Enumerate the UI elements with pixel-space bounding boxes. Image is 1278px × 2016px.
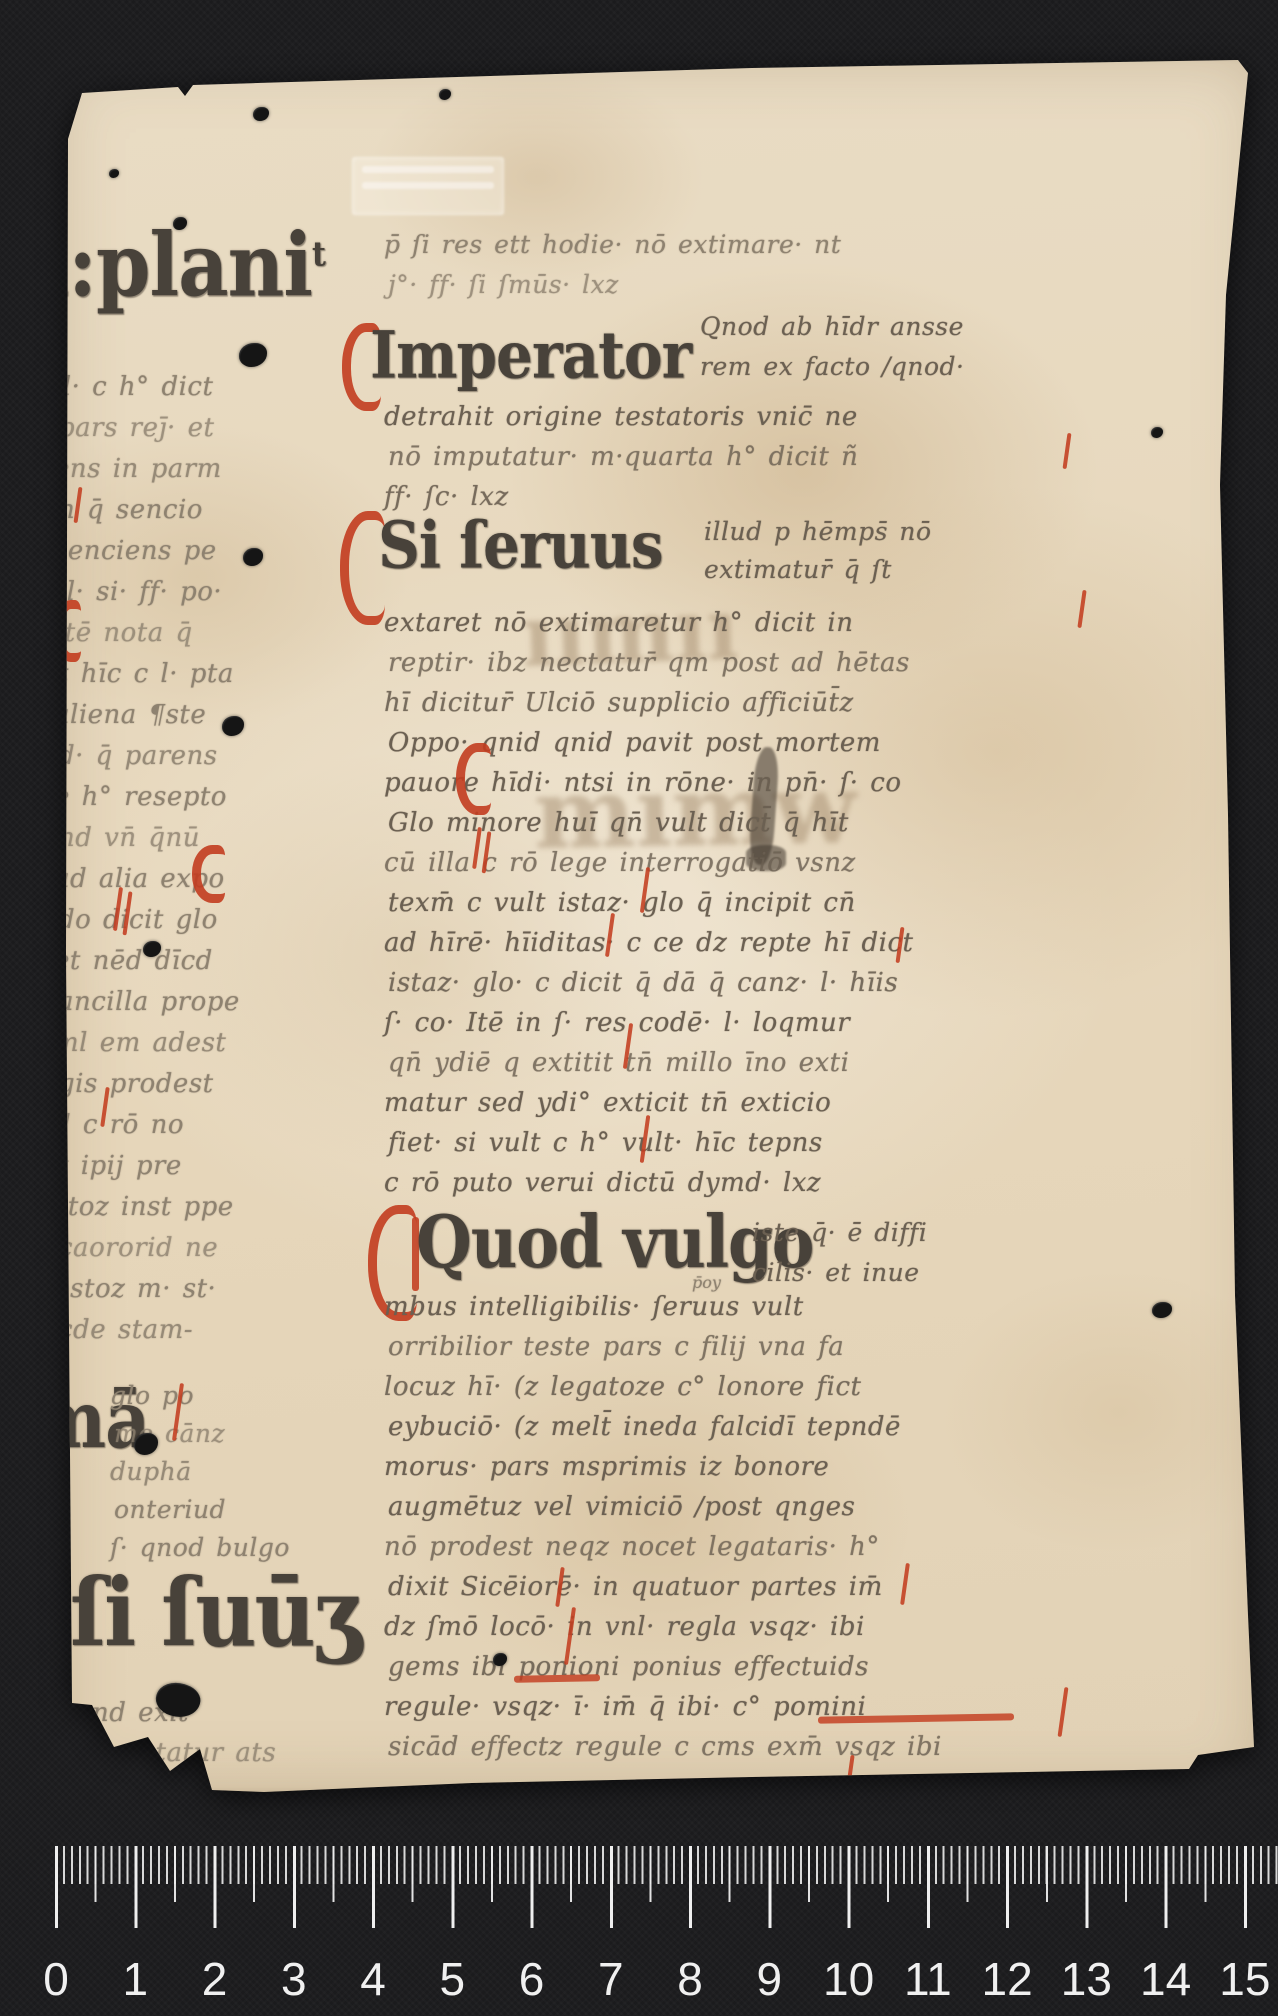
text-line: hī dicitur̄ Ulciō supplicio afficiūt̄z (384, 683, 984, 723)
text-line: detrahit origine testatoris vnic̄ ne (384, 397, 984, 437)
red-underline (514, 1674, 600, 1682)
text-line: onteriud (114, 1491, 300, 1529)
ruler-number: 11 (904, 1952, 952, 2006)
text-line: rem ex facto /qnod· (700, 347, 964, 387)
text-line: texm̄ c vult istaz· glo q̄ incipit cn̄ (388, 883, 984, 923)
text-line: mbus intelligibilis· ſeruus vult (384, 1287, 1004, 1327)
text-line: duphā (110, 1453, 300, 1491)
rubric-mark (1077, 590, 1086, 628)
imperator-lines: detrahit origine testatoris vnic̄ nenō i… (384, 397, 984, 517)
ruler-number: 6 (519, 1952, 545, 2006)
ruler-number: 10 (823, 1952, 874, 2006)
ruler-number: 14 (1140, 1952, 1191, 2006)
manuscript-page: ıımıı mımw ia:planit ·l· c h° dictpars r… (52, 55, 1264, 1795)
wormhole (109, 169, 119, 178)
wormhole (253, 107, 269, 121)
ruler-number: 8 (677, 1952, 703, 2006)
text-line: gis prodest (58, 1064, 294, 1105)
ruler-number: 0 (43, 1952, 69, 2006)
rubric-mark (1058, 1687, 1069, 1737)
text-line: ·l· c h° dict (54, 367, 294, 408)
text-line: ·l· si· ff· po· (58, 572, 294, 613)
text-line: aliena ¶ste (54, 695, 294, 736)
text-line: Qnod ab hīdr ansse (700, 307, 964, 347)
ruler-number: 13 (1061, 1952, 1112, 2006)
text-line: fiet· si vult c h° vult· hīc tepns (388, 1123, 984, 1163)
wormhole (1152, 1302, 1172, 1318)
text-line: nō imputatur· m·quarta h° dicit ñ (388, 437, 984, 477)
text-line: nd vn̄ q̄nū (58, 818, 294, 859)
text-line: ſ· co· Itē in ſ· res codē· l· loqmur (384, 1003, 984, 1043)
text-line: sicād effectz regule c cms exm̄ vsqz ibi (388, 1727, 1004, 1767)
text-line: ostoz m· st· (54, 1269, 294, 1310)
section-heading-imperator: Imperator (370, 317, 691, 393)
text-line: d c rō no (54, 1105, 294, 1146)
left-heading-text: ia:plani (0, 215, 312, 317)
left-column-heading: ia:planit (0, 215, 325, 317)
ruler-number: 3 (281, 1952, 307, 2006)
quod-vulgo-lines: mbus intelligibilis· ſeruus vultorribili… (384, 1287, 1004, 1767)
left-column-bottom-lines: nd exitmputatur ats (92, 1693, 352, 1773)
wormhole (439, 89, 451, 100)
imperator-side-lines: Qnod ab hīdr ansserem ex facto /qnod· (700, 307, 964, 387)
text-line: reptir· ibz nectatur̄ qm post ad hētas (388, 643, 984, 683)
ruler-number: 2 (202, 1952, 228, 2006)
wormhole (1151, 427, 1163, 438)
text-line: augmētuz vel vimiciō /post qnges (388, 1487, 1004, 1527)
rubric-mark (1063, 433, 1072, 469)
text-line: pars rej̄· et (58, 408, 294, 449)
ruler-number: 12 (982, 1952, 1033, 2006)
text-line: cde stam- (58, 1310, 294, 1351)
text-line: gems ibi ponioni ponius effectuids (388, 1647, 1004, 1687)
text-line: nd exit (92, 1693, 352, 1733)
main-intro-lines: p̄ ſi res ett hodie· nō extimare· ntj°· … (384, 225, 964, 305)
ruler-number: 7 (598, 1952, 624, 2006)
text-line: caororid ne (58, 1228, 294, 1269)
text-line: n q̄ sencio (58, 490, 294, 531)
wormhole (239, 343, 267, 367)
measurement-ruler: 0123456789101112131415 (0, 1840, 1278, 2016)
rubric-paragraph-flourish (54, 600, 81, 662)
ruler-number: 1 (122, 1952, 148, 2006)
ruler-number: 15 (1219, 1952, 1270, 2006)
text-line: extaret nō extimaretur h° dicit in (384, 603, 984, 643)
text-line: extimatur̄ q̄ ſt (704, 551, 932, 589)
left-heading-superscript: t (312, 235, 325, 274)
left-column-lower-lines: glo pome cānzduphāonteriudſ· qnod bulgo (110, 1377, 300, 1567)
text-line: e h° resepto (54, 777, 294, 818)
text-line: do dicit glo (58, 900, 294, 941)
text-line: ens in parm (54, 449, 294, 490)
text-line: stoz inst ppe (54, 1187, 294, 1228)
si-seruus-side-lines: illud p hēmps̄ nōextimatur̄ q̄ ſt (704, 513, 932, 589)
text-line: illud p hēmps̄ nō (704, 513, 932, 551)
text-line: j°· ff· ſi ſmūs· lxz (388, 265, 964, 305)
text-line: d· q̄ parens (58, 736, 294, 777)
text-line: glo po (110, 1377, 300, 1415)
text-line: Itē nota q̄ (54, 613, 294, 654)
text-line: dixit Sicēiorē· in quatuor partes im̄ (388, 1567, 1004, 1607)
ruler-number: 9 (757, 1952, 783, 2006)
text-line: ad alia expo (54, 859, 294, 900)
ruler-number: 5 (440, 1952, 466, 2006)
text-line: ml em adest (54, 1023, 294, 1064)
text-line: orribilior teste pars c filij vna fa (388, 1327, 1004, 1367)
text-line: nō prodest neqz nocet legataris· h° (384, 1527, 1004, 1567)
text-line: dz ſmō locō· in vnl· regla vsqz· ibi (384, 1607, 1004, 1647)
ruler-centimeter-ticks (55, 1846, 1278, 1928)
text-line: istaz· glo· c dicit q̄ dā q̄ canz· l· hī… (388, 963, 984, 1003)
text-line: t hīc c l· pta (58, 654, 294, 695)
text-line: ancilla prope (58, 982, 294, 1023)
text-line: matur sed ydi° exticit tn̄ exticio (384, 1083, 984, 1123)
text-line: morus· pars msprimis iz bonore (384, 1447, 1004, 1487)
text-line: t ipij pre (58, 1146, 294, 1187)
left-column-lines: ·l· c h° dictpars rej̄· etens in parmn q… (54, 367, 294, 1351)
text-line: locuz hī· (z legatoze c° lonore fict (384, 1367, 1004, 1407)
text-line: et nēd dīcd (54, 941, 294, 982)
text-line: p̄ ſi res ett hodie· nō extimare· nt (384, 225, 964, 265)
left-column-bottom-heading: ſi ſuūʒ (70, 1557, 359, 1668)
rubric-paragraph-flourish (456, 743, 491, 815)
text-line: qn̄ ydiē q extitit tn̄ millo īno exti (388, 1043, 984, 1083)
embossed-stamp (352, 157, 504, 215)
ruler-number: 4 (360, 1952, 386, 2006)
rubric-paragraph-flourish (192, 845, 225, 903)
si-seruus-lines: extaret nō extimaretur h° dicit inreptir… (384, 603, 984, 1203)
text-line: ad hīrē· hīiditas· c ce dz repte hī dict (384, 923, 984, 963)
text-line: mputatur ats (96, 1733, 352, 1773)
section-heading-si-seruus: Si ſeruus (378, 507, 663, 583)
text-line: iste q̄· ē diffi (752, 1213, 927, 1253)
text-line: c rō puto verui dictū dymd· lxz (384, 1163, 984, 1203)
quod-vulgo-side-lines: iste q̄· ē difficilis· et inue (752, 1213, 927, 1293)
text-line: eybuciō· (z melt̄ ineda falcidī tepndē (388, 1407, 1004, 1447)
